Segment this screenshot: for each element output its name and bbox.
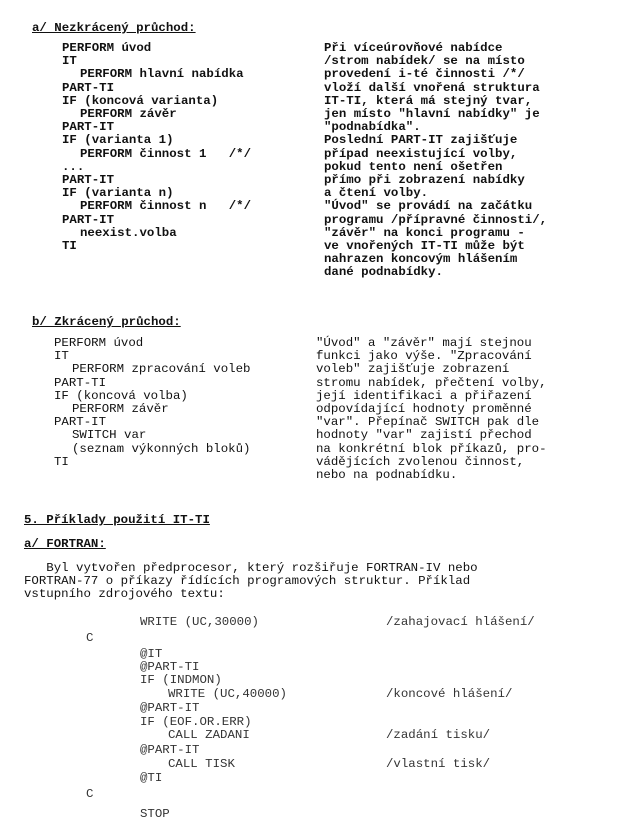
code-line: PERFORM činnost n /*/ — [80, 200, 251, 213]
fortran-comment-label: C — [86, 632, 93, 645]
fortran-inline-comment: /koncové hlášení/ — [386, 688, 512, 701]
fortran-comment-label: C — [86, 788, 93, 801]
fortran-inline-comment: /zadání tisku/ — [386, 729, 490, 742]
fortran-code-line: STOP — [140, 808, 170, 821]
fortran-code-line: @TI — [140, 772, 162, 785]
code-line: (seznam výkonných bloků) — [72, 443, 250, 456]
fortran-code-line: WRITE (UC,40000) — [168, 688, 287, 701]
paragraph-line: FORTRAN-77 o příkazy řídících programový… — [24, 575, 470, 588]
fortran-inline-comment: /vlastní tisk/ — [386, 758, 490, 771]
code-line: IF (varianta n) — [62, 187, 174, 200]
fortran-code-line: IF (INDMON) — [140, 674, 222, 687]
code-line: PART-TI — [54, 377, 106, 390]
explanation-line: /strom nabídek/ se na místo — [324, 55, 525, 68]
explanation-line: vádějících zvolenou činnost, — [316, 456, 524, 469]
explanation-line: přímo při zobrazení nabídky — [324, 174, 525, 187]
explanation-line: případ neexistující volby, — [324, 148, 517, 161]
fortran-code-line: @PART-IT — [140, 702, 200, 715]
explanation-line: programu /přípravné činnosti/, — [324, 214, 547, 227]
code-line: PERFORM činnost 1 /*/ — [80, 148, 251, 161]
section-5-subheading: a/ FORTRAN: — [24, 538, 106, 551]
explanation-line: "var". Přepínač SWITCH pak dle — [316, 416, 539, 429]
explanation-line: pokud tento není ošetřen — [324, 161, 502, 174]
code-line: PERFORM zpracování voleb — [72, 363, 250, 376]
explanation-line: hodnoty "var" zajistí přechod — [316, 429, 532, 442]
explanation-line: "závěr" na konci programu - — [324, 227, 525, 240]
code-line: PERFORM úvod — [62, 42, 151, 55]
fortran-code-line: WRITE (UC,30000) — [140, 616, 259, 629]
explanation-line: stromu nabídek, přečtení volby, — [316, 377, 547, 390]
code-line: IT — [62, 55, 77, 68]
code-line: PERFORM závěr — [72, 403, 169, 416]
code-line: IF (koncová volba) — [54, 390, 188, 403]
code-line: TI — [54, 456, 69, 469]
fortran-code-line: CALL TISK — [168, 758, 235, 771]
explanation-line: na konkrétní blok příkazů, pro- — [316, 443, 547, 456]
paragraph-line: vstupního zdrojového textu: — [24, 588, 225, 601]
code-line: PART-IT — [62, 174, 114, 187]
section-b-heading: b/ Zkrácený průchod: — [32, 316, 181, 329]
paragraph-line: Byl vytvořen předprocesor, který rozšiřu… — [24, 562, 478, 575]
explanation-line: odpovídající hodnoty proměnné — [316, 403, 532, 416]
explanation-line: jen místo "hlavní nabídky" je — [324, 108, 540, 121]
section-5-heading: 5. Příklady použití IT-TI — [24, 514, 210, 527]
explanation-line: "podnabídka". — [324, 121, 421, 134]
fortran-code-line: CALL ZADANI — [168, 729, 250, 742]
explanation-line: IT-TI, která má stejný tvar, — [324, 95, 532, 108]
explanation-line: "Úvod" a "závěr" mají stejnou — [316, 337, 532, 350]
explanation-line: ve vnořených IT-TI může být — [324, 240, 525, 253]
code-line: PART-IT — [54, 416, 106, 429]
code-line: IF (varianta 1) — [62, 134, 174, 147]
explanation-line: vloží další vnořená struktura — [324, 82, 540, 95]
fortran-inline-comment: /zahajovací hlášení/ — [386, 616, 535, 629]
explanation-line: funkci jako výše. "Zpracování — [316, 350, 532, 363]
code-line: PART-IT — [62, 121, 114, 134]
explanation-line: nahrazen koncovým hlášením — [324, 253, 517, 266]
fortran-code-line: @PART-IT — [140, 744, 200, 757]
explanation-line: nebo na podnabídku. — [316, 469, 457, 482]
explanation-line: její identifikaci a přiřazení — [316, 390, 532, 403]
code-line: PERFORM hlavní nabídka — [80, 68, 244, 81]
code-line: PART-IT — [62, 214, 114, 227]
code-line: IF (koncová varianta) — [62, 95, 218, 108]
code-line: PERFORM úvod — [54, 337, 143, 350]
code-line: PERFORM závěr — [80, 108, 177, 121]
explanation-line: "Úvod" se provádí na začátku — [324, 200, 532, 213]
code-line: neexist.volba — [80, 227, 177, 240]
code-line: TI — [62, 240, 77, 253]
section-a-heading: a/ Nezkrácený průchod: — [32, 22, 196, 35]
explanation-line: provedení i-té činnosti /*/ — [324, 68, 525, 81]
explanation-line: dané podnabídky. — [324, 266, 443, 279]
code-line: PART-TI — [62, 82, 114, 95]
explanation-line: Poslední PART-IT zajišťuje — [324, 134, 517, 147]
code-line: ... — [62, 161, 84, 174]
code-line: SWITCH var — [72, 429, 146, 442]
explanation-line: voleb" zajišťuje zobrazení — [316, 363, 509, 376]
code-line: IT — [54, 350, 69, 363]
explanation-line: Při víceúrovňové nabídce — [324, 42, 502, 55]
